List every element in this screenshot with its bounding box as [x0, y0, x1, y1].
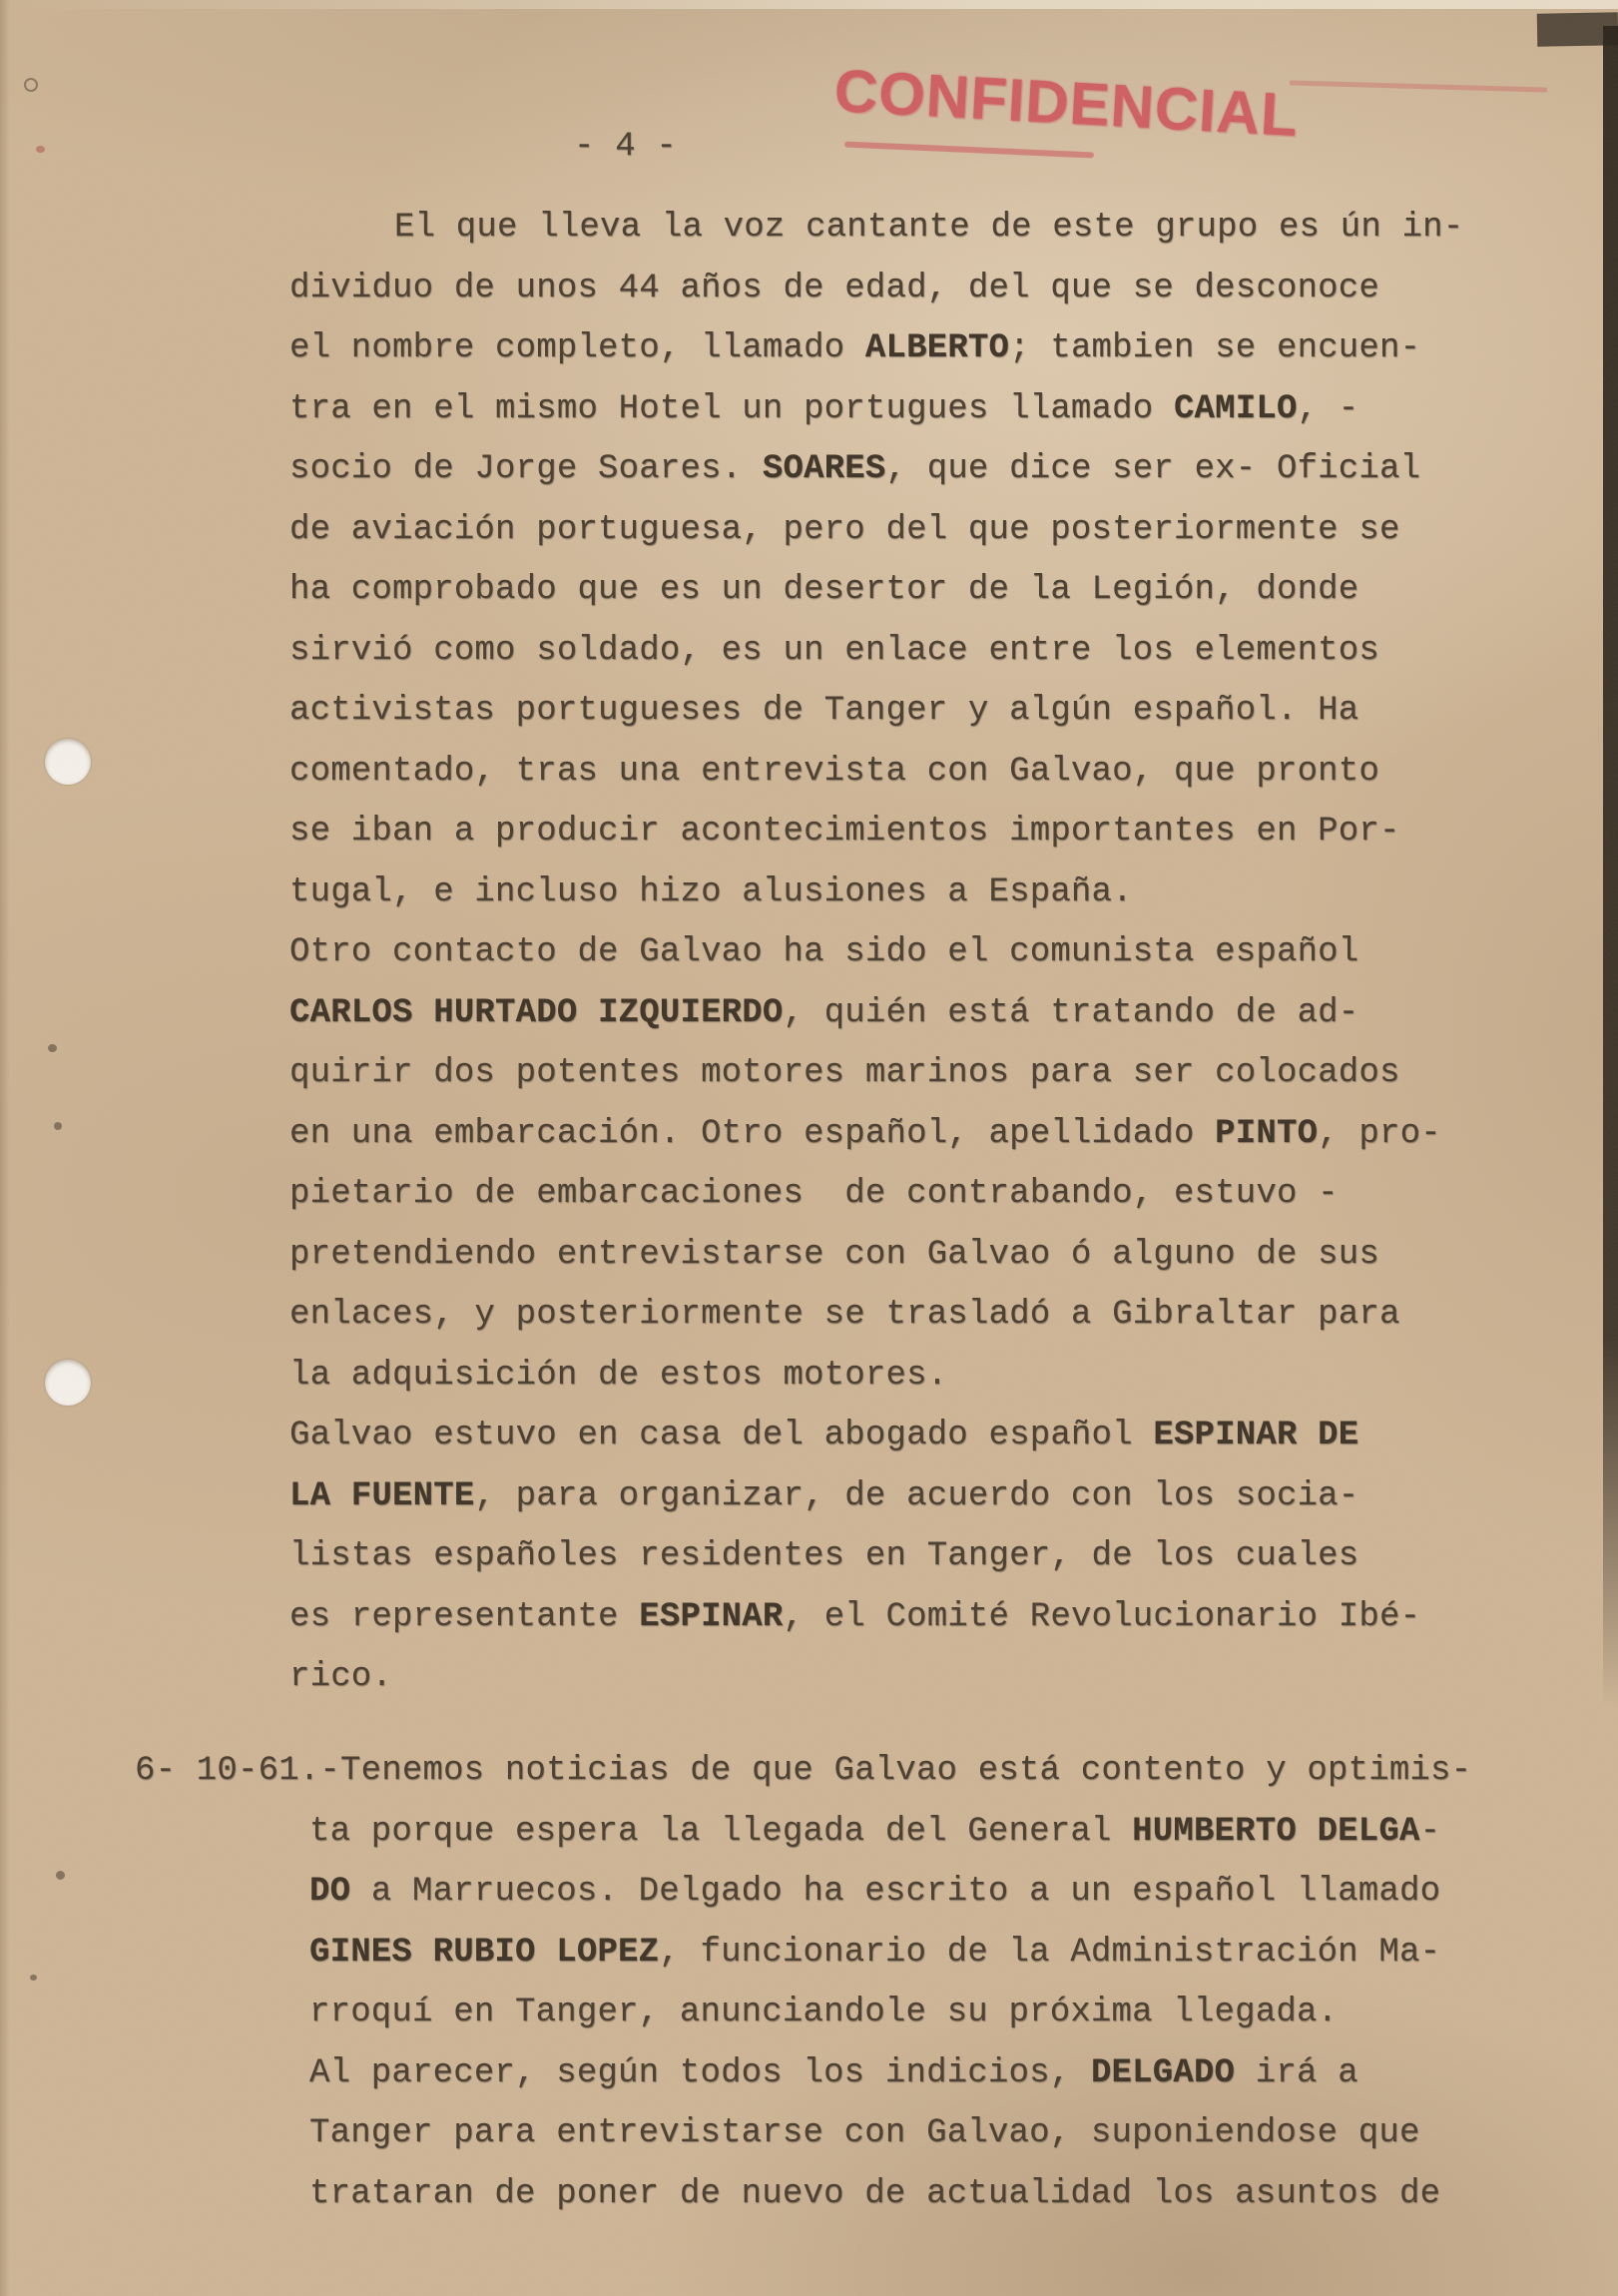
text-line: DO a Marruecos. Delgado ha escrito a un … [0, 1862, 1618, 1923]
scan-edge-band [1603, 26, 1618, 1708]
text-line: sirvió como soldado, es un enlace entre … [0, 621, 1618, 682]
text-line: enlaces, y posteriormente se trasladó a … [0, 1285, 1618, 1346]
entry-date: 6- 10-61.- [135, 1752, 340, 1790]
text-line: Galvao estuvo en casa del abogado españo… [0, 1406, 1618, 1466]
text-line: dividuo de unos 44 años de edad, del que… [0, 259, 1618, 319]
text-line: GINES RUBIO LOPEZ, funcionario de la Adm… [0, 1923, 1618, 1984]
text-line: quirir dos potentes motores marinos para… [0, 1043, 1618, 1104]
page-number: - 4 - [574, 128, 677, 166]
ink-speck [24, 78, 38, 92]
text-line: ha comprobado que es un desertor de la L… [0, 560, 1618, 621]
dated-entry-block: 6- 10-61.-Tenemos noticias de que Galvao… [0, 1741, 1618, 2224]
text-line: comentado, tras una entrevista con Galva… [0, 742, 1618, 803]
text-line: Tanger para entrevistarse con Galvao, su… [0, 2103, 1618, 2164]
text-line: se iban a producir acontecimientos impor… [0, 802, 1618, 862]
punch-hole-top [45, 739, 91, 785]
punch-hole-bottom [45, 1360, 91, 1406]
entry-first-line: 6- 10-61.-Tenemos noticias de que Galvao… [0, 1741, 1618, 1802]
text-line: ta porque espera la llegada del General … [0, 1802, 1618, 1863]
text-line: pietario de embarcaciones de contrabando… [0, 1164, 1618, 1225]
confidential-stamp: CONFIDENCIAL [832, 56, 1300, 150]
text-line: activistas portugueses de Tanger y algún… [0, 681, 1618, 742]
typewritten-paragraph: El que lleva la voz cantante de este gru… [0, 198, 1618, 1708]
document-page: - 4 - CONFIDENCIAL El que lleva la voz c… [0, 0, 1618, 2296]
text-line: CARLOS HURTADO IZQUIERDO, quién está tra… [0, 983, 1618, 1044]
text-line: rico. [0, 1647, 1618, 1708]
stamp-underline-mark [844, 142, 1094, 159]
scan-top-edge [0, 0, 1618, 9]
entry-text: Tenemos noticias de que Galvao está cont… [340, 1752, 1471, 1790]
text-line: rroquí en Tanger, anunciandole su próxim… [0, 1983, 1618, 2043]
text-line: Otro contacto de Galvao ha sido el comun… [0, 922, 1618, 983]
text-line: es representante ESPINAR, el Comité Revo… [0, 1587, 1618, 1648]
text-line: la adquisición de estos motores. [0, 1346, 1618, 1407]
text-line: tugal, e incluso hizo alusiones a España… [0, 862, 1618, 923]
text-line: tra en el mismo Hotel un portugues llama… [0, 379, 1618, 440]
text-line: El que lleva la voz cantante de este gru… [0, 198, 1618, 259]
text-line: en una embarcación. Otro español, apelli… [0, 1104, 1618, 1165]
text-line: de aviación portuguesa, pero del que pos… [0, 500, 1618, 561]
ink-speck [36, 146, 45, 153]
stamp-ink-streak [1290, 80, 1547, 92]
text-line: socio de Jorge Soares. SOARES, que dice … [0, 439, 1618, 500]
text-line: pretendiendo entrevistarse con Galvao ó … [0, 1225, 1618, 1286]
text-line: el nombre completo, llamado ALBERTO; tam… [0, 318, 1618, 379]
text-line: trataran de poner de nuevo de actualidad… [0, 2164, 1618, 2225]
text-line: LA FUENTE, para organizar, de acuerdo co… [0, 1466, 1618, 1527]
text-line: listas españoles residentes en Tanger, d… [0, 1526, 1618, 1587]
text-line: Al parecer, según todos los indicios, DE… [0, 2043, 1618, 2104]
